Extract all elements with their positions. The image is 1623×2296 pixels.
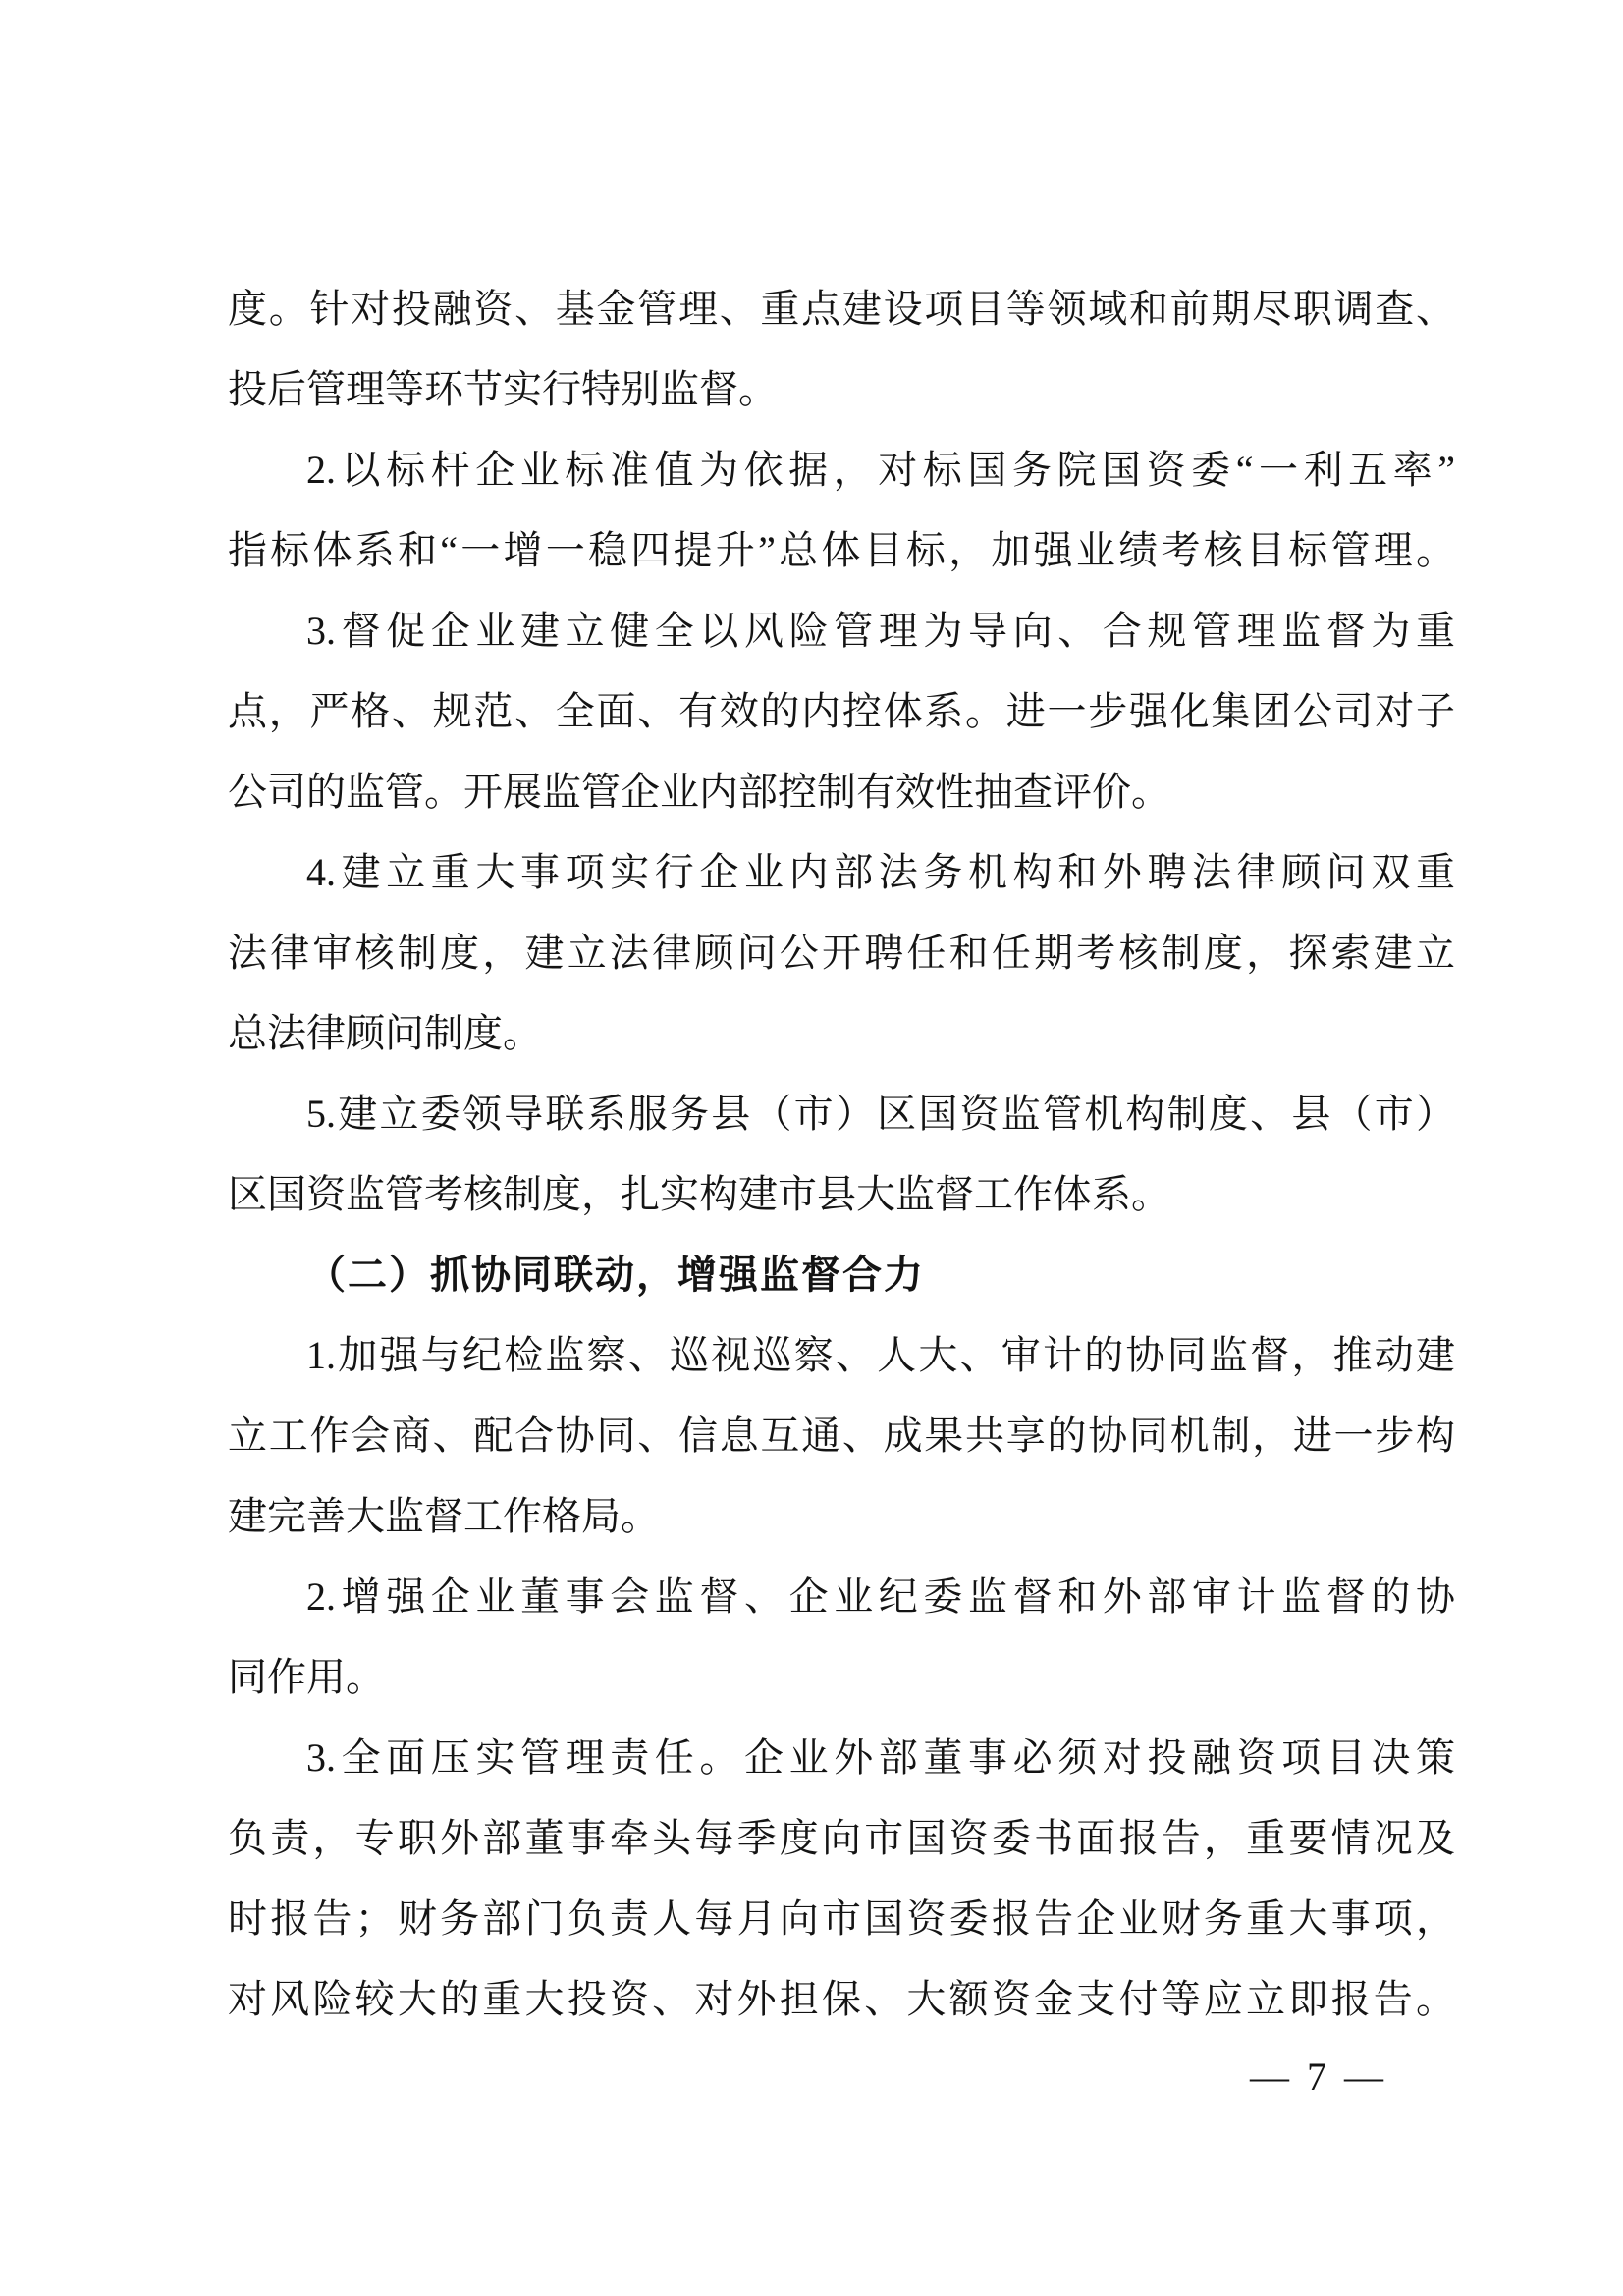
text-line: 点，严格、规范、全面、有效的内控体系。进一步强化集团公司对子 <box>228 671 1455 752</box>
text-line: 时报告；财务部门负责人每月向市国资委报告企业财务重大事项， <box>228 1879 1455 1959</box>
section-heading: （二）抓协同联动，增强监督合力 <box>228 1235 1455 1315</box>
document-page: 度。针对投融资、基金管理、重点建设项目等领域和前期尽职调查、 投后管理等环节实行… <box>0 0 1623 2296</box>
text-line: 投后管理等环节实行特别监督。 <box>228 349 1455 430</box>
text-line: 2.增强企业董事会监督、企业纪委监督和外部审计监督的协 <box>228 1557 1455 1637</box>
text-line: 对风险较大的重大投资、对外担保、大额资金支付等应立即报告。 <box>228 1959 1455 2040</box>
text-line: 1.加强与纪检监察、巡视巡察、人大、审计的协同监督，推动建 <box>228 1315 1455 1396</box>
text-line: 负责，专职外部董事牵头每季度向市国资委书面报告，重要情况及 <box>228 1798 1455 1879</box>
text-line: 3.全面压实管理责任。企业外部董事必须对投融资项目决策 <box>228 1718 1455 1798</box>
text-line: 法律审核制度，建立法律顾问公开聘任和任期考核制度，探索建立 <box>228 913 1455 993</box>
document-body: 度。针对投融资、基金管理、重点建设项目等领域和前期尽职调查、 投后管理等环节实行… <box>228 269 1455 2040</box>
text-line: 3.督促企业建立健全以风险管理为导向、合规管理监督为重 <box>228 591 1455 671</box>
text-line: 公司的监管。开展监管企业内部控制有效性抽查评价。 <box>228 752 1455 832</box>
text-line: 5.建立委领导联系服务县（市）区国资监管机构制度、县（市） <box>228 1074 1455 1154</box>
text-line: 建完善大监督工作格局。 <box>228 1476 1455 1557</box>
page-number: — 7 — <box>1250 2056 1387 2099</box>
text-line: 区国资监管考核制度，扎实构建市县大监督工作体系。 <box>228 1154 1455 1235</box>
text-line: 立工作会商、配合协同、信息互通、成果共享的协同机制，进一步构 <box>228 1396 1455 1476</box>
text-line: 总法律顾问制度。 <box>228 993 1455 1074</box>
text-line: 4.建立重大事项实行企业内部法务机构和外聘法律顾问双重 <box>228 832 1455 913</box>
text-line: 同作用。 <box>228 1637 1455 1718</box>
text-line: 指标体系和“一增一稳四提升”总体目标，加强业绩考核目标管理。 <box>228 510 1455 591</box>
text-line: 2.以标杆企业标准值为依据，对标国务院国资委“一利五率” <box>228 430 1455 510</box>
text-line: 度。针对投融资、基金管理、重点建设项目等领域和前期尽职调查、 <box>228 269 1455 349</box>
